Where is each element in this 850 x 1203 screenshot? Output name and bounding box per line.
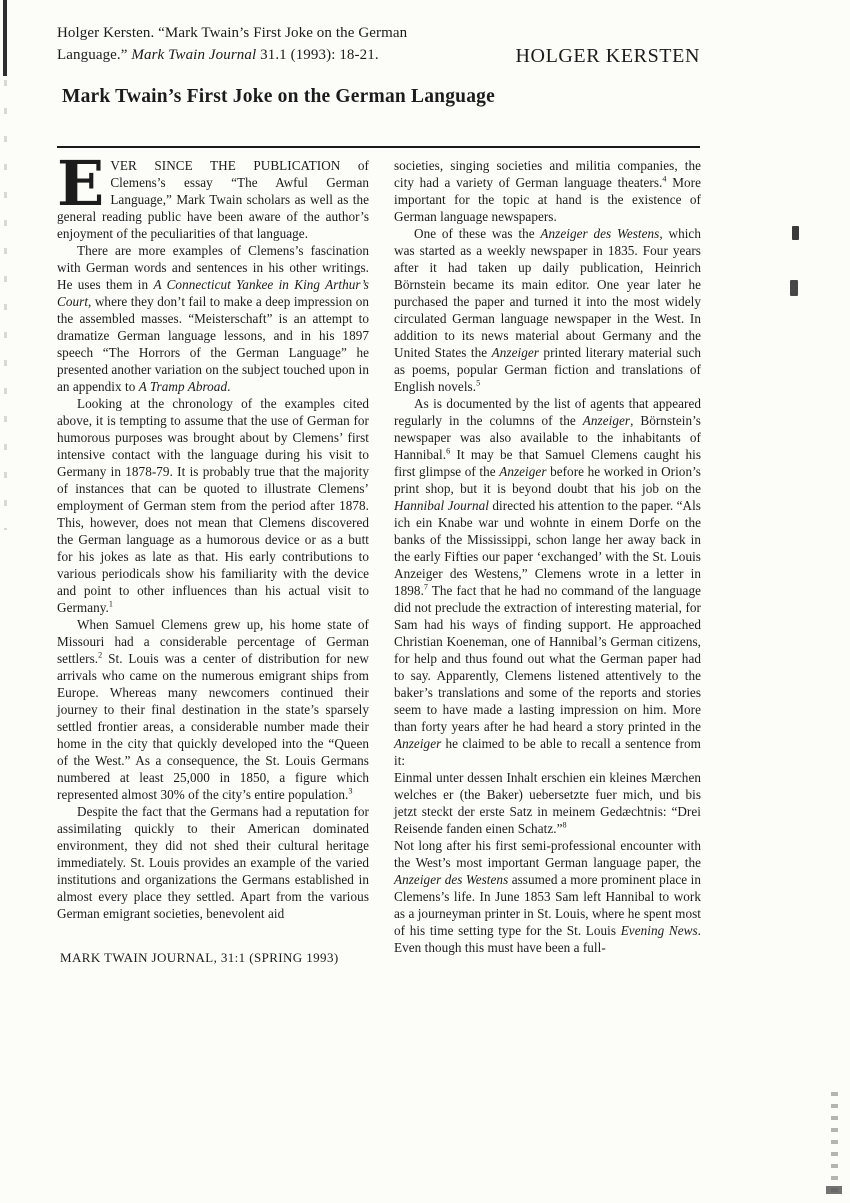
citation-line-1: Holger Kersten. “Mark Twain’s First Joke…	[57, 22, 487, 44]
header-citation: Holger Kersten. “Mark Twain’s First Joke…	[57, 22, 487, 66]
block-quote: Einmal unter dessen Inhalt erschien ein …	[394, 769, 701, 837]
paragraph: Not long after his first semi-profession…	[394, 837, 701, 956]
journal-page: Holger Kersten. “Mark Twain’s First Joke…	[0, 0, 850, 1203]
scan-artifact-left-dashes	[4, 80, 7, 530]
paragraph-opening: EVER SINCE THE PUBLICATION of Clemens’s …	[57, 157, 369, 242]
scan-artifact-left-bar	[3, 0, 7, 76]
paragraph: Despite the fact that the Germans had a …	[57, 803, 369, 922]
paragraph: Looking at the chronology of the example…	[57, 395, 369, 616]
divider-rule	[57, 146, 700, 148]
scan-artifact-right-mark	[790, 280, 798, 296]
scan-artifact-bottom-right-dashes	[831, 1092, 838, 1192]
paragraph: When Samuel Clemens grew up, his home st…	[57, 616, 369, 803]
scan-artifact-right-mark	[792, 226, 799, 240]
scan-artifact-bottom-right-mark	[826, 1186, 842, 1194]
citation-line-2: Language.” Mark Twain Journal 31.1 (1993…	[57, 44, 487, 66]
article-title: Mark Twain’s First Joke on the German La…	[62, 86, 495, 108]
paragraph: One of these was the Anzeiger des Westen…	[394, 225, 701, 395]
drop-cap: E	[57, 159, 104, 208]
paragraph-continuation: societies, singing societies and militia…	[394, 157, 701, 225]
right-column: societies, singing societies and militia…	[394, 157, 701, 956]
left-column: EVER SINCE THE PUBLICATION of Clemens’s …	[57, 157, 369, 922]
paragraph: There are more examples of Clemens’s fas…	[57, 242, 369, 395]
paragraph: As is documented by the list of agents t…	[394, 395, 701, 769]
journal-footer: MARK TWAIN JOURNAL, 31:1 (SPRING 1993)	[60, 950, 339, 966]
running-head-author: HOLGER KERSTEN	[515, 45, 700, 68]
